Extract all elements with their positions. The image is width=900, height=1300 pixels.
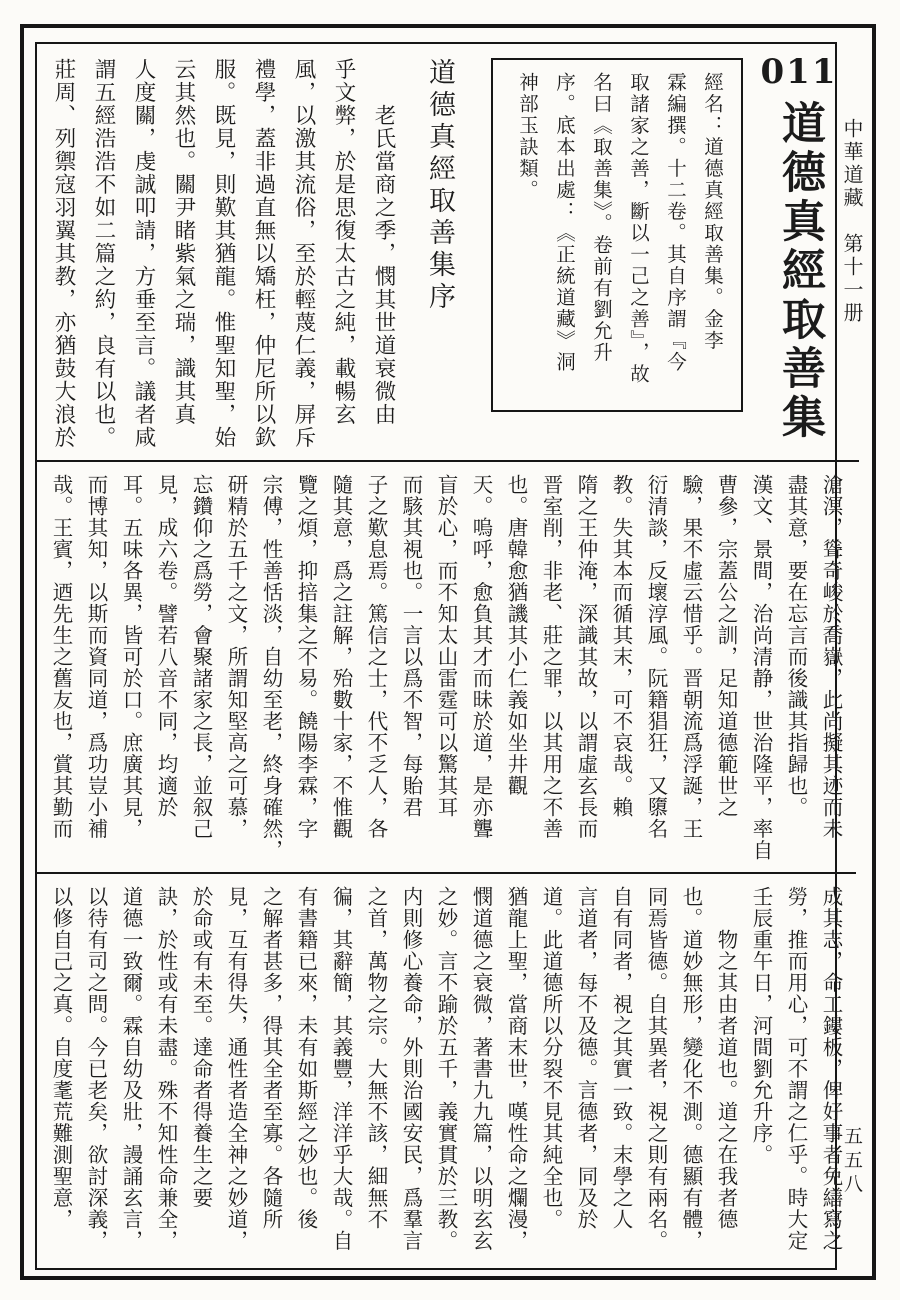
text-column: 而博其知，以斯而資同道，爲功豈小補 bbox=[78, 474, 113, 866]
text-section-2: 滄溟，聳奇峻於喬嶽，此尚擬其迹而未盡其意，要在忘言而後識其指歸也。漢文、景間，治… bbox=[37, 462, 856, 874]
text-column: 乎文弊，於是思復太古之純，載暢玄 bbox=[323, 58, 363, 454]
text-column: 莊周、列禦寇羽翼其教，亦猶鼓大浪於 bbox=[43, 58, 83, 454]
text-column: 徧，其辭簡，其義豐，洋洋乎大哉。自 bbox=[323, 886, 358, 1262]
text-column: 耳。五味各異，皆可於口。庶廣其見， bbox=[113, 474, 148, 866]
text-column: 内則修心養命，外則治國安民，爲羣言 bbox=[393, 886, 428, 1262]
text-column: 人度關，虔誠叩請，方垂至言。議者咸 bbox=[123, 58, 163, 454]
text-section-3: 成其志，命工鏤板，俾好事者免繕寫之勞，推而用心，可不謂之仁乎。時大定壬辰重午日，… bbox=[37, 874, 856, 1268]
text-column: 之解者甚多，得其全者至寡。各隨所 bbox=[253, 886, 288, 1262]
text-column: 以待有司之問。今已老矣，欲討深義， bbox=[78, 886, 113, 1262]
info-box-column: 取諸家之善，斷以一己之善』，故 bbox=[620, 72, 657, 398]
bibliographic-note-box: 經名：道德真經取善集。金李霖編撰。十二卷。其自序謂『今取諸家之善，斷以一己之善』… bbox=[491, 58, 743, 412]
text-column: 也。道妙無形，變化不測。德顯有體， bbox=[673, 886, 708, 1262]
text-column: 曹參，宗蓋公之訓，足知道德範世之 bbox=[708, 474, 743, 866]
text-column: 滄溟，聳奇峻於喬嶽，此尚擬其迹而未 bbox=[813, 474, 848, 866]
text-column: 也。唐韓愈猶譏其小仁義如坐井觀 bbox=[498, 474, 533, 866]
text-column: 服。既見，則歎其猶龍。惟聖知聖，始 bbox=[203, 58, 243, 454]
text-column: 衍清談，反壞淳風。阮籍猖狂，又隳名 bbox=[638, 474, 673, 866]
text-column: 成其志，命工鏤板，俾好事者免繕寫之 bbox=[813, 886, 848, 1262]
info-box-column: 神部玉訣類。 bbox=[509, 72, 546, 398]
text-frame: 011 道德真經取善集 經名：道德真經取善集。金李霖編撰。十二卷。其自序謂『今取… bbox=[35, 42, 837, 1270]
text-column: 同焉皆德。自其異者，視之則有兩名。 bbox=[638, 886, 673, 1262]
text-column: 訣，於性或有未盡。殊不知性命兼全， bbox=[148, 886, 183, 1262]
text-column: 物之其由者道也。道之在我者德 bbox=[708, 886, 743, 1262]
book-title: 道德真經取善集 bbox=[767, 100, 831, 443]
text-column: 之妙。言不踰於五千，義實貫於三教。 bbox=[428, 886, 463, 1262]
info-box-column: 霖編撰。十二卷。其自序謂『今 bbox=[657, 72, 694, 398]
text-column: 哉。王賓，迺先生之舊友也，賞其勤而 bbox=[43, 474, 78, 866]
text-column: 老氏當商之季，憫其世道衰微由 bbox=[363, 58, 403, 454]
text-column: 晋室削，非老、莊之罪，以其用之不善 bbox=[533, 474, 568, 866]
text-column: 宗傅，性善恬淡，自幼至老，終身確然， bbox=[253, 474, 288, 866]
page-border: 中華道藏 第十一册 五五八 011 道德真經取善集 經名：道德真經取善集。金李霖… bbox=[20, 24, 876, 1280]
info-box-column: 序。底本出處：《正統道藏》洞 bbox=[546, 72, 583, 398]
text-column: 禮學，蓋非過直無以矯枉，仲尼所以欽 bbox=[243, 58, 283, 454]
text-column: 道德一致爾。霖自幼及壯，謾誦玄言， bbox=[113, 886, 148, 1262]
text-column: 盲於心，而不知太山雷霆可以驚其耳 bbox=[428, 474, 463, 866]
doc-number: 011 bbox=[747, 52, 851, 92]
text-column: 之首，萬物之宗。大無不該，細無不 bbox=[358, 886, 393, 1262]
text-column: 見，互有得失，通性者造全神之妙道， bbox=[218, 886, 253, 1262]
title-section: 011 道德真經取善集 經名：道德真經取善集。金李霖編撰。十二卷。其自序謂『今取… bbox=[37, 44, 859, 462]
text-column: 勞，推而用心，可不謂之仁乎。時大定 bbox=[778, 886, 813, 1262]
text-column: 於命或有未至。達命者得養生之要 bbox=[183, 886, 218, 1262]
text-column: 謂五經浩浩不如二篇之約，良有以也。 bbox=[83, 58, 123, 454]
text-column: 驗，果不虛云惜乎。晋朝流爲浮誕，王 bbox=[673, 474, 708, 866]
text-column: 道。此道德所以分裂不見其純全也。 bbox=[533, 886, 568, 1262]
text-column: 隋之王仲淹，深識其故，以謂虛玄長而 bbox=[568, 474, 603, 866]
text-column: 猶龍上聖，當商末世，嘆性命之爛漫， bbox=[498, 886, 533, 1262]
text-column: 天。嗚呼，愈負其才而昧於道，是亦聾 bbox=[463, 474, 498, 866]
text-column: 而駭其視也。一言以爲不智，每貽君 bbox=[393, 474, 428, 866]
text-column: 以修自己之真。自度耄荒難測聖意， bbox=[43, 886, 78, 1262]
title-block: 011 道德真經取善集 bbox=[747, 52, 851, 452]
info-box-column: 名曰《取善集》。卷前有劉允升 bbox=[583, 72, 620, 398]
text-column: 風，以激其流俗，至於輕蔑仁義，屏斥 bbox=[283, 58, 323, 454]
text-column: 壬辰重午日，河間劉允升序。 bbox=[743, 886, 778, 1262]
text-column: 子之歎息焉。篤信之士，代不乏人，各 bbox=[358, 474, 393, 866]
text-column: 云其然也。關尹睹紫氣之瑞，識其真 bbox=[163, 58, 203, 454]
text-column: 盡其意，要在忘言而後識其指歸也。 bbox=[778, 474, 813, 866]
text-column: 憫道德之衰微，著書九九篇，以明玄玄 bbox=[463, 886, 498, 1262]
text-column: 研精於五千之文，所謂知堅高之可慕， bbox=[218, 474, 253, 866]
preface-heading: 道德真經取善集序 bbox=[413, 58, 465, 454]
info-box-column: 經名：道德真經取善集。金李 bbox=[694, 72, 731, 398]
book-scan-page: 中華道藏 第十一册 五五八 011 道德真經取善集 經名：道德真經取善集。金李霖… bbox=[0, 0, 900, 1300]
text-column: 自有同者，視之其實一致。末學之人 bbox=[603, 886, 638, 1262]
text-column: 忘鑽仰之爲勞，會聚諸家之長，並叙己 bbox=[183, 474, 218, 866]
text-column: 有書籍已來，未有如斯經之妙也。後 bbox=[288, 886, 323, 1262]
text-column: 覽之煩，抑掊集之不易。饒陽李霖，字 bbox=[288, 474, 323, 866]
text-column: 言道者，每不及德。言德者，同及於 bbox=[568, 886, 603, 1262]
text-column: 隨其意，爲之註解，殆數十家，不惟觀 bbox=[323, 474, 358, 866]
text-column: 教。失其本而循其末，可不哀哉。賴 bbox=[603, 474, 638, 866]
text-column: 見，成六卷。譬若八音不同，均適於 bbox=[148, 474, 183, 866]
preface-text-columns: 老氏當商之季，憫其世道衰微由乎文弊，於是思復太古之純，載暢玄風，以激其流俗，至於… bbox=[43, 58, 403, 454]
text-column: 漢文、景間，治尚清静，世治隆平，率自 bbox=[743, 474, 778, 866]
